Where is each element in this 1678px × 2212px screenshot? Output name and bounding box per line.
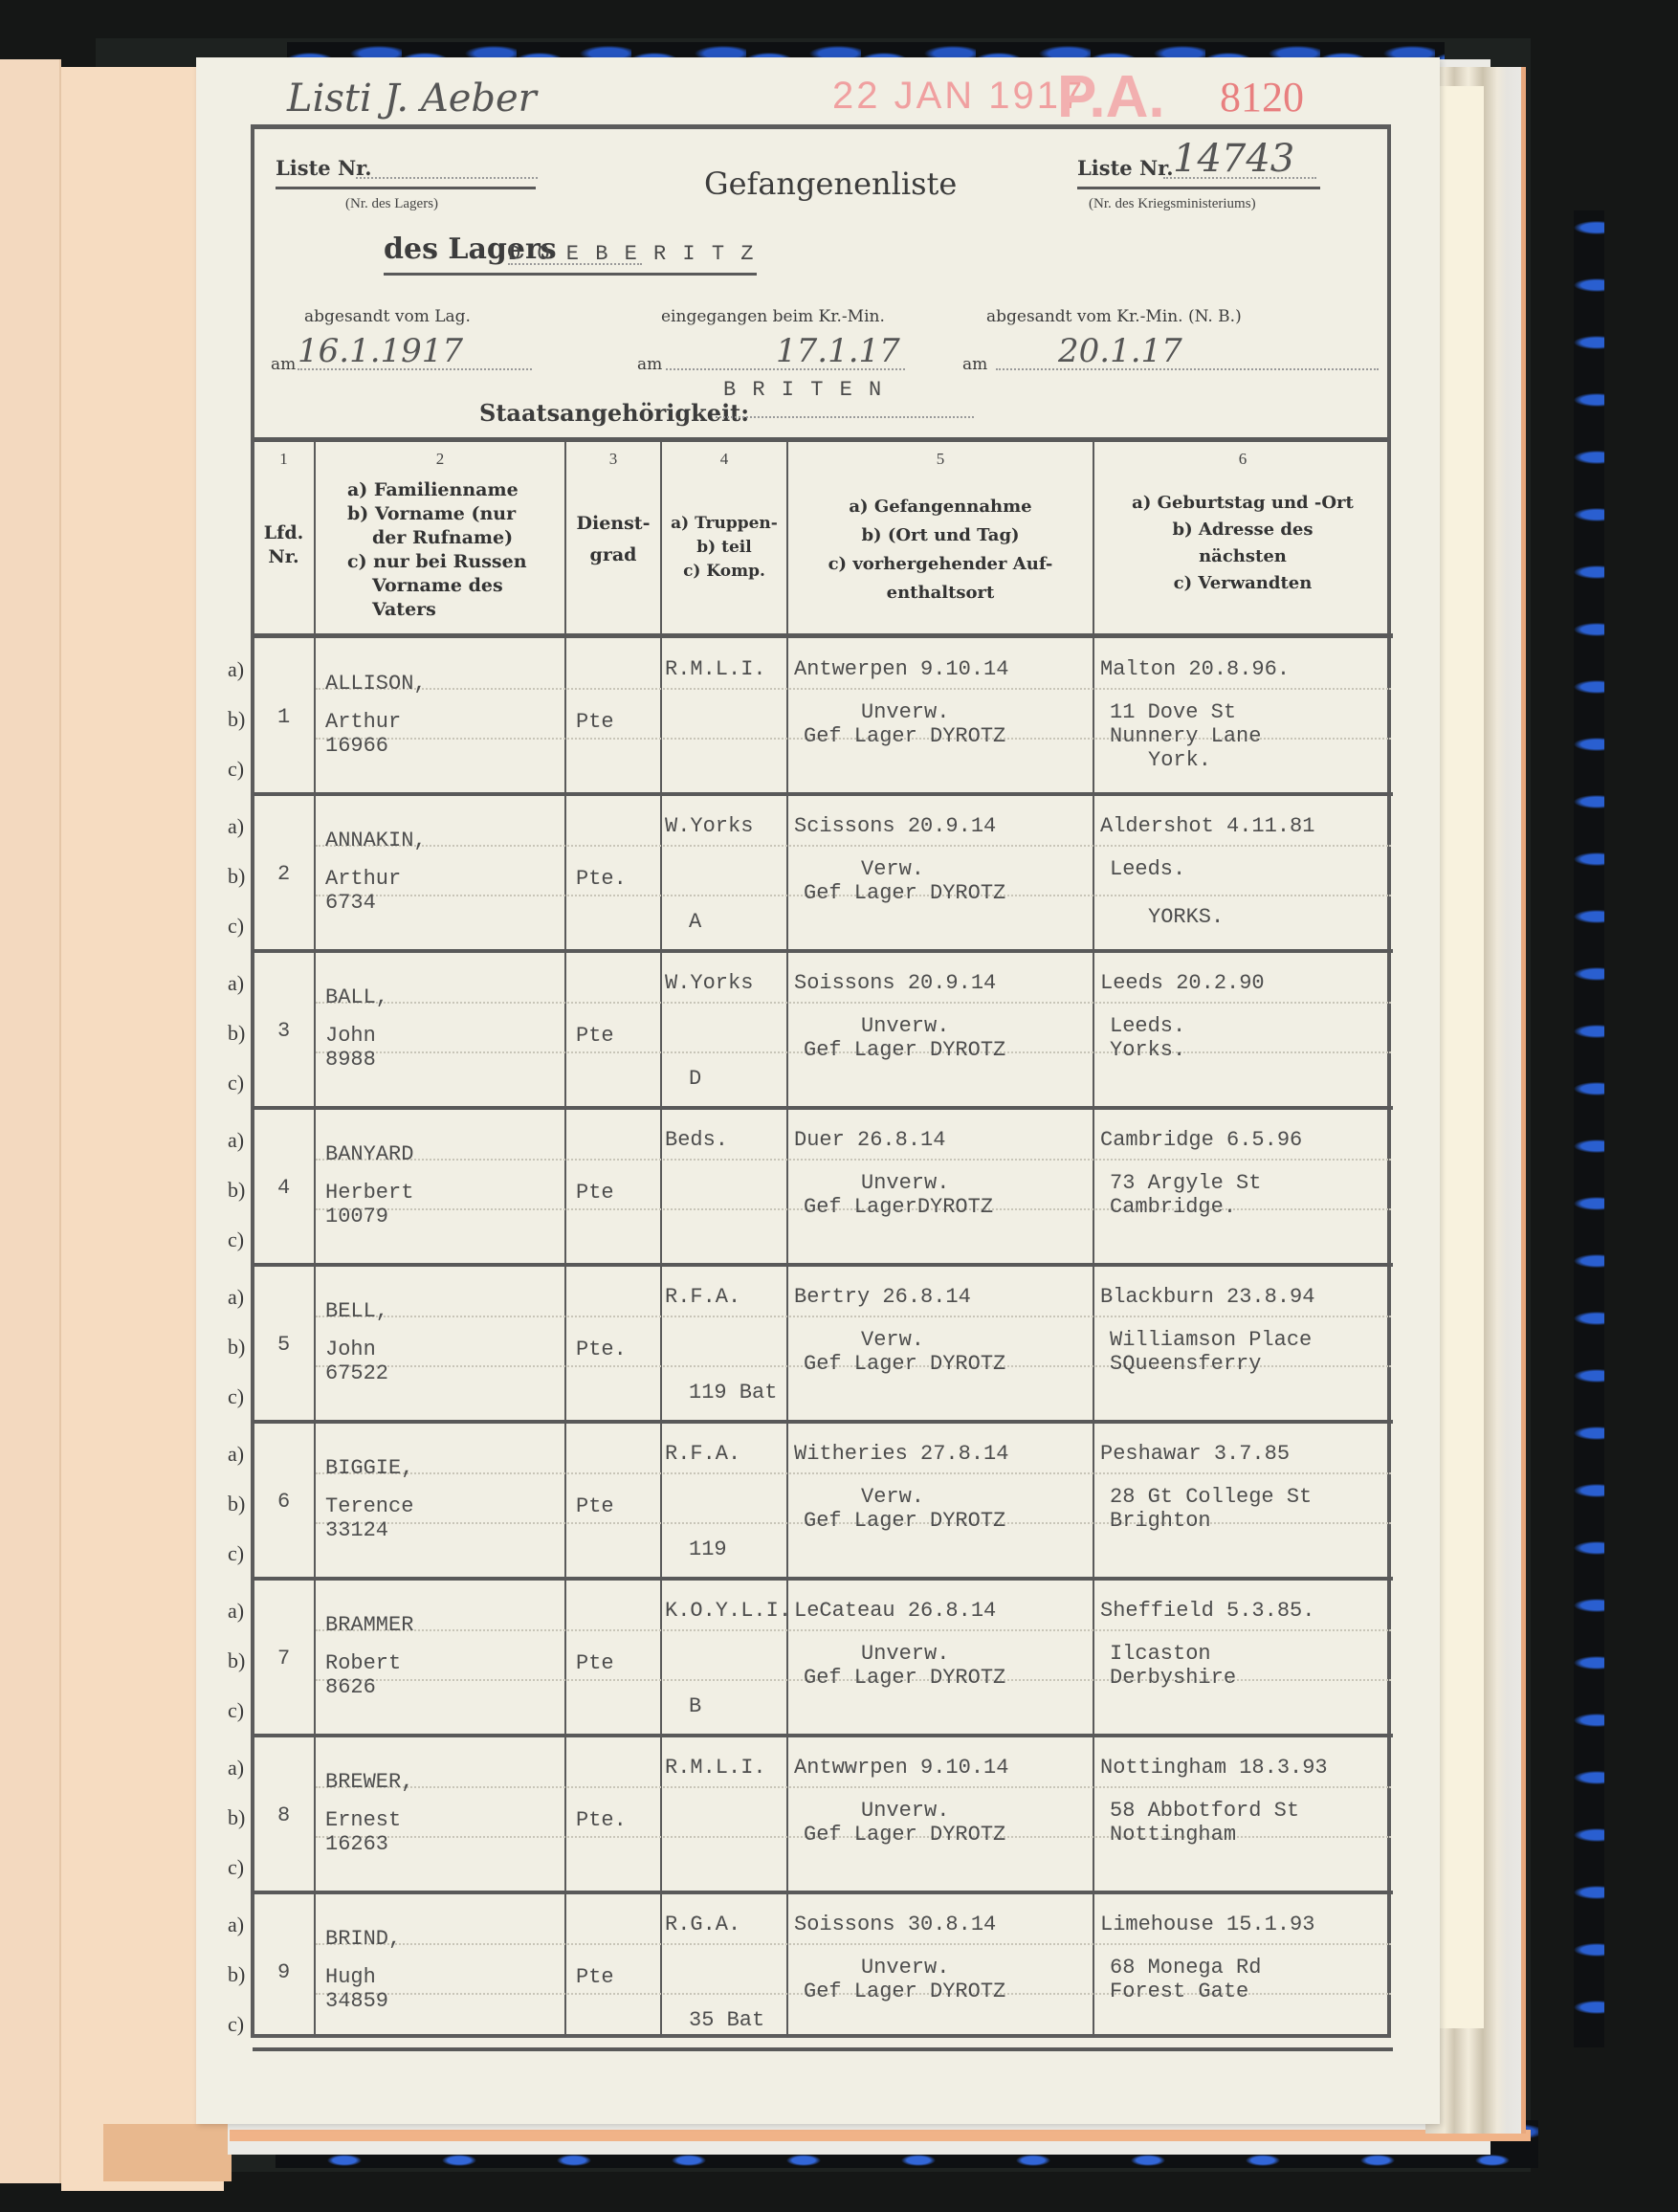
header-line: c) Verwandten [1094, 570, 1391, 597]
cell-birth: Peshawar 3.7.85 [1100, 1442, 1290, 1466]
cell-prev-location: Gef Lager DYROTZ [804, 1352, 1005, 1376]
cell-address1: 58 Abbotford St [1110, 1799, 1299, 1823]
header-line: Lfd. [254, 521, 314, 545]
cell-forename: John [325, 1338, 376, 1361]
column-number: 2 [316, 450, 564, 469]
liste-nr-right-field [1163, 177, 1316, 179]
cell-unit: R.G.A. [665, 1913, 740, 1936]
row-sub-label: a) [228, 1913, 244, 1937]
cell-rank: Pte [576, 1181, 614, 1205]
row-sub-label: b) [228, 864, 245, 889]
cell-address1: Leeds. [1110, 1014, 1185, 1038]
date-received-value: 17.1.17 [776, 332, 900, 370]
header-line: Vorname des [347, 574, 560, 598]
column-number: 6 [1094, 450, 1391, 469]
header-birth-address: a) Geburtstag und -Ort b) Adresse des nä… [1094, 490, 1391, 597]
row-number: 9 [277, 1960, 290, 1984]
row-sub-label: c) [228, 757, 244, 782]
cell-address2: Nunnery Lane [1110, 724, 1261, 748]
cell-forename: Terence [325, 1494, 413, 1518]
cell-address2: Brighton [1110, 1509, 1211, 1533]
cell-address2: Yorks. [1110, 1038, 1185, 1062]
cell-capture: Antwerpen 9.10.14 [794, 657, 1008, 681]
cell-surname: BELL, [325, 1299, 388, 1323]
row-sub-label: a) [228, 1599, 244, 1624]
row-sub-label: c) [228, 1228, 244, 1252]
cell-number: 33124 [325, 1518, 388, 1542]
column-number: 4 [662, 450, 786, 469]
column-number: 1 [254, 450, 314, 469]
header-line: b) teil [662, 536, 786, 560]
cell-status: Unverw. [861, 1642, 949, 1666]
cell-prev-location: Gef Lager DYROTZ [804, 1823, 1005, 1847]
cell-forename: Arthur [325, 710, 401, 734]
row-sub-label: b) [228, 1492, 245, 1516]
cell-address3: YORKS. [1148, 905, 1224, 929]
header-line: b) Vorname (nur [347, 502, 560, 526]
cell-forename: John [325, 1024, 376, 1048]
row-sub-label: c) [228, 1071, 244, 1095]
cell-surname: BREWER, [325, 1770, 413, 1794]
column-number: 3 [566, 450, 660, 469]
header-unit: a) Truppen- b) teil c) Komp. [662, 512, 786, 584]
cell-number: 16966 [325, 734, 388, 758]
cell-unit: R.M.L.I. [665, 1756, 766, 1780]
orange-sheet-edge-bottom [230, 2130, 1531, 2141]
liste-nr-left-field [356, 177, 538, 179]
cell-address1: 11 Dove St [1110, 700, 1236, 724]
date-received-caption: eingegangen beim Kr.-Min. [661, 307, 885, 326]
divider [276, 187, 536, 189]
header-name: a) Familienname b) Vorname (nur der Rufn… [320, 478, 560, 622]
date-forwarded-field [996, 368, 1379, 370]
date-sent-prefix: am [271, 355, 296, 374]
row-divider [253, 1106, 1393, 1110]
dotted-guide [316, 1943, 1391, 1945]
cell-surname: BALL, [325, 985, 388, 1009]
cell-rank: Pte [576, 1494, 614, 1518]
cell-status: Verw. [861, 1328, 924, 1352]
date-sent-field [298, 368, 532, 370]
cell-prev-location: Gef Lager DYROTZ [804, 1038, 1005, 1062]
cell-status: Verw. [861, 857, 924, 881]
row-sub-label: a) [228, 971, 244, 996]
dotted-guide [316, 1629, 1391, 1631]
cell-unit: R.F.A. [665, 1285, 740, 1309]
cell-unit: Beds. [665, 1128, 728, 1152]
row-sub-label: c) [228, 1855, 244, 1880]
cell-unit: W.Yorks [665, 814, 753, 838]
header-rank: Dienst- grad [566, 512, 660, 567]
header-line: Dienst- [566, 512, 660, 536]
row-number: 5 [277, 1333, 290, 1357]
marbled-edge-right [1574, 210, 1604, 2047]
row-divider [253, 1891, 1393, 1894]
divider [384, 273, 757, 276]
cell-company: 119 [689, 1537, 727, 1561]
cell-capture: LeCateau 26.8.14 [794, 1599, 996, 1623]
dotted-guide [316, 688, 1391, 690]
row-divider [253, 792, 1393, 796]
row-divider [253, 1734, 1393, 1737]
header-line: enthaltsort [788, 579, 1093, 608]
cell-birth: Sheffield 5.3.85. [1100, 1599, 1314, 1623]
prisoner-list-form: Liste Nr. (Nr. des Lagers) Gefangenenlis… [251, 124, 1391, 2038]
cell-rank: Pte. [576, 867, 627, 891]
date-forwarded-caption: abgesandt vom Kr.-Min. (N. B.) [986, 307, 1242, 326]
header-line: a) Gefangennahme [788, 493, 1093, 521]
cell-forename: Arthur [325, 867, 401, 891]
dotted-guide [316, 1002, 1391, 1004]
cell-address1: 73 Argyle St [1110, 1171, 1261, 1195]
row-number: 2 [277, 862, 290, 886]
cell-rank: Pte [576, 710, 614, 734]
page-tab [103, 2124, 232, 2181]
row-divider [253, 1263, 1393, 1267]
liste-nr-right-label: Liste Nr. [1077, 156, 1174, 180]
date-received-field [666, 368, 905, 370]
col-divider [564, 442, 566, 2038]
cell-address1: Ilcaston [1110, 1642, 1211, 1666]
cell-unit: R.M.L.I. [665, 657, 766, 681]
cell-status: Unverw. [861, 700, 949, 724]
header-line: Vaters [347, 598, 560, 622]
cell-number: 34859 [325, 1989, 388, 2013]
cell-prev-location: Gef Lager DYROTZ [804, 1666, 1005, 1690]
cell-status: Unverw. [861, 1956, 949, 1980]
header-line: c) vorhergehender Auf- [788, 550, 1093, 579]
row-number: 8 [277, 1803, 290, 1827]
cell-rank: Pte [576, 1024, 614, 1048]
header-line: a) Geburtstag und -Ort [1094, 490, 1391, 517]
lager-field [508, 263, 642, 265]
row-sub-label: c) [228, 1698, 244, 1723]
cell-address2: Derbyshire [1110, 1666, 1236, 1690]
cell-number: 8988 [325, 1048, 376, 1072]
cell-prev-location: Gef LagerDYROTZ [804, 1195, 993, 1219]
cell-status: Unverw. [861, 1799, 949, 1823]
row-sub-label: a) [228, 1756, 244, 1781]
header-line: b) (Ort und Tag) [788, 521, 1093, 550]
cell-capture: Duer 26.8.14 [794, 1128, 945, 1152]
cell-address2: Forest Gate [1110, 1980, 1248, 2003]
cell-forename: Robert [325, 1651, 401, 1675]
table-top-rule [254, 437, 1387, 442]
row-sub-label: b) [228, 1962, 245, 1987]
cell-rank: Pte [576, 1965, 614, 1989]
row-sub-label: c) [228, 914, 244, 939]
cell-number: 16263 [325, 1832, 388, 1856]
header-line: grad [566, 543, 660, 567]
dotted-guide [316, 1316, 1391, 1317]
cell-company: B [689, 1694, 701, 1718]
cell-address2: Nottingham [1110, 1823, 1236, 1847]
cell-rank: Pte [576, 1651, 614, 1675]
date-received-prefix: am [637, 355, 662, 374]
handwritten-note: Listi J. Aeber [287, 77, 537, 121]
cell-prev-location: Gef Lager DYROTZ [804, 1509, 1005, 1533]
cell-birth: Limehouse 15.1.93 [1100, 1913, 1314, 1936]
liste-nr-right-value: 14743 [1173, 137, 1294, 181]
date-sent-caption: abgesandt vom Lag. [304, 307, 471, 326]
cell-prev-location: Gef Lager DYROTZ [804, 724, 1005, 748]
header-lfd-nr: Lfd. Nr. [254, 521, 314, 569]
pa-stamp: P.A. [1057, 63, 1165, 131]
header-line: nächsten [1094, 543, 1391, 570]
cell-address2: Cambridge. [1110, 1195, 1236, 1219]
cell-number: 8626 [325, 1675, 376, 1699]
cell-surname: BRIND, [325, 1927, 401, 1951]
date-sent-value: 16.1.1917 [298, 332, 463, 370]
liste-nr-left-sub: (Nr. des Lagers) [345, 196, 438, 212]
cell-status: Unverw. [861, 1014, 949, 1038]
row-sub-label: a) [228, 1442, 244, 1467]
cell-number: 6734 [325, 891, 376, 915]
number-stamp: 8120 [1220, 73, 1304, 122]
cell-rank: Pte. [576, 1338, 627, 1361]
col-divider [314, 442, 316, 2038]
cell-company: 35 Bat [689, 2008, 764, 2032]
cell-prev-location: Gef Lager DYROTZ [804, 1980, 1005, 2003]
cell-surname: BRAMMER [325, 1613, 413, 1637]
cell-address1: Williamson Place [1110, 1328, 1312, 1352]
header-line: c) nur bei Russen [347, 550, 560, 574]
cell-unit: R.F.A. [665, 1442, 740, 1466]
form-title: Gefangenenliste [704, 166, 957, 202]
cell-capture: Scissons 20.9.14 [794, 814, 996, 838]
left-page-edge [0, 59, 61, 2183]
header-line: c) Komp. [662, 560, 786, 584]
cell-birth: Blackburn 23.8.94 [1100, 1285, 1314, 1309]
cell-address1: 68 Monega Rd [1110, 1956, 1261, 1980]
header-line: b) Adresse des [1094, 517, 1391, 543]
row-divider [253, 2047, 1393, 2051]
cell-number: 10079 [325, 1205, 388, 1228]
col-divider [1093, 442, 1094, 2038]
row-sub-label: a) [228, 1285, 244, 1310]
header-line: a) Truppen- [662, 512, 786, 536]
row-divider [253, 1577, 1393, 1581]
cell-surname: BANYARD [325, 1142, 413, 1166]
header-line: a) Familienname [347, 478, 560, 502]
cell-capture: Witheries 27.8.14 [794, 1442, 1008, 1466]
date-forwarded-value: 20.1.17 [1058, 332, 1182, 370]
row-sub-label: b) [228, 1021, 245, 1046]
cell-unit: K.O.Y.L.I. [665, 1599, 791, 1623]
cell-rank: Pte. [576, 1808, 627, 1832]
dotted-guide [316, 845, 1391, 847]
cell-birth: Malton 20.8.96. [1100, 657, 1290, 681]
cell-address1: 28 Gt College St [1110, 1485, 1312, 1509]
cell-surname: ANNAKIN, [325, 829, 427, 852]
cell-birth: Aldershot 4.11.81 [1100, 814, 1314, 838]
row-sub-label: c) [228, 2012, 244, 2037]
cell-number: 67522 [325, 1361, 388, 1385]
row-number: 7 [277, 1647, 290, 1670]
row-sub-label: a) [228, 1128, 244, 1153]
header-line: Nr. [254, 545, 314, 569]
cell-surname: BIGGIE, [325, 1456, 413, 1480]
cell-forename: Ernest [325, 1808, 401, 1832]
row-divider [253, 1420, 1393, 1424]
cell-surname: ALLISON, [325, 672, 427, 696]
header-bottom-rule [253, 633, 1393, 638]
divider [1077, 187, 1320, 189]
row-sub-label: a) [228, 814, 244, 839]
nationality-label: Staatsangehörigkeit: [479, 399, 749, 427]
cell-company: 119 Bat [689, 1381, 777, 1405]
cell-forename: Herbert [325, 1181, 413, 1205]
cell-capture: Soissons 30.8.14 [794, 1913, 996, 1936]
column-number: 5 [788, 450, 1093, 469]
row-sub-label: b) [228, 1648, 245, 1673]
cell-forename: Hugh [325, 1965, 376, 1989]
cell-status: Unverw. [861, 1171, 949, 1195]
dotted-guide [316, 1786, 1391, 1788]
row-sub-label: b) [228, 1805, 245, 1830]
cell-birth: Leeds 20.2.90 [1100, 971, 1265, 995]
dotted-guide [316, 1159, 1391, 1161]
cell-capture: Soissons 20.9.14 [794, 971, 996, 995]
cell-capture: Antwwrpen 9.10.14 [794, 1756, 1008, 1780]
row-number: 4 [277, 1176, 290, 1200]
cell-company: D [689, 1067, 701, 1091]
cell-birth: Nottingham 18.3.93 [1100, 1756, 1328, 1780]
row-sub-label: a) [228, 657, 244, 682]
row-sub-label: b) [228, 707, 245, 732]
cell-unit: W.Yorks [665, 971, 753, 995]
inserted-slip [1435, 86, 1484, 2028]
row-sub-label: c) [228, 1541, 244, 1566]
header-line: der Rufname) [347, 526, 560, 550]
header-capture: a) Gefangennahme b) (Ort und Tag) c) vor… [788, 493, 1093, 608]
cell-address1: Leeds. [1110, 857, 1185, 881]
row-divider [253, 949, 1393, 953]
row-number: 6 [277, 1490, 290, 1514]
date-forwarded-prefix: am [962, 355, 987, 374]
cell-capture: Bertry 26.8.14 [794, 1285, 971, 1309]
row-sub-label: b) [228, 1178, 245, 1203]
cell-birth: Cambridge 6.5.96 [1100, 1128, 1302, 1152]
row-sub-label: b) [228, 1335, 245, 1360]
nationality-field [716, 416, 974, 418]
date-stamp: 22 JAN 1917 [832, 75, 1085, 118]
cell-address3: York. [1148, 748, 1211, 772]
dotted-guide [316, 1472, 1391, 1474]
row-number: 1 [277, 705, 290, 729]
liste-nr-right-sub: (Nr. des Kriegsministeriums) [1089, 196, 1256, 212]
row-sub-label: c) [228, 1384, 244, 1409]
cell-address2: SQueensferry [1110, 1352, 1261, 1376]
col-divider [786, 442, 788, 2038]
col-divider [660, 442, 662, 2038]
cell-status: Verw. [861, 1485, 924, 1509]
cell-prev-location: Gef Lager DYROTZ [804, 881, 1005, 905]
nationality-value: B R I T E N [723, 378, 883, 402]
cell-company: A [689, 910, 701, 934]
row-number: 3 [277, 1019, 290, 1043]
